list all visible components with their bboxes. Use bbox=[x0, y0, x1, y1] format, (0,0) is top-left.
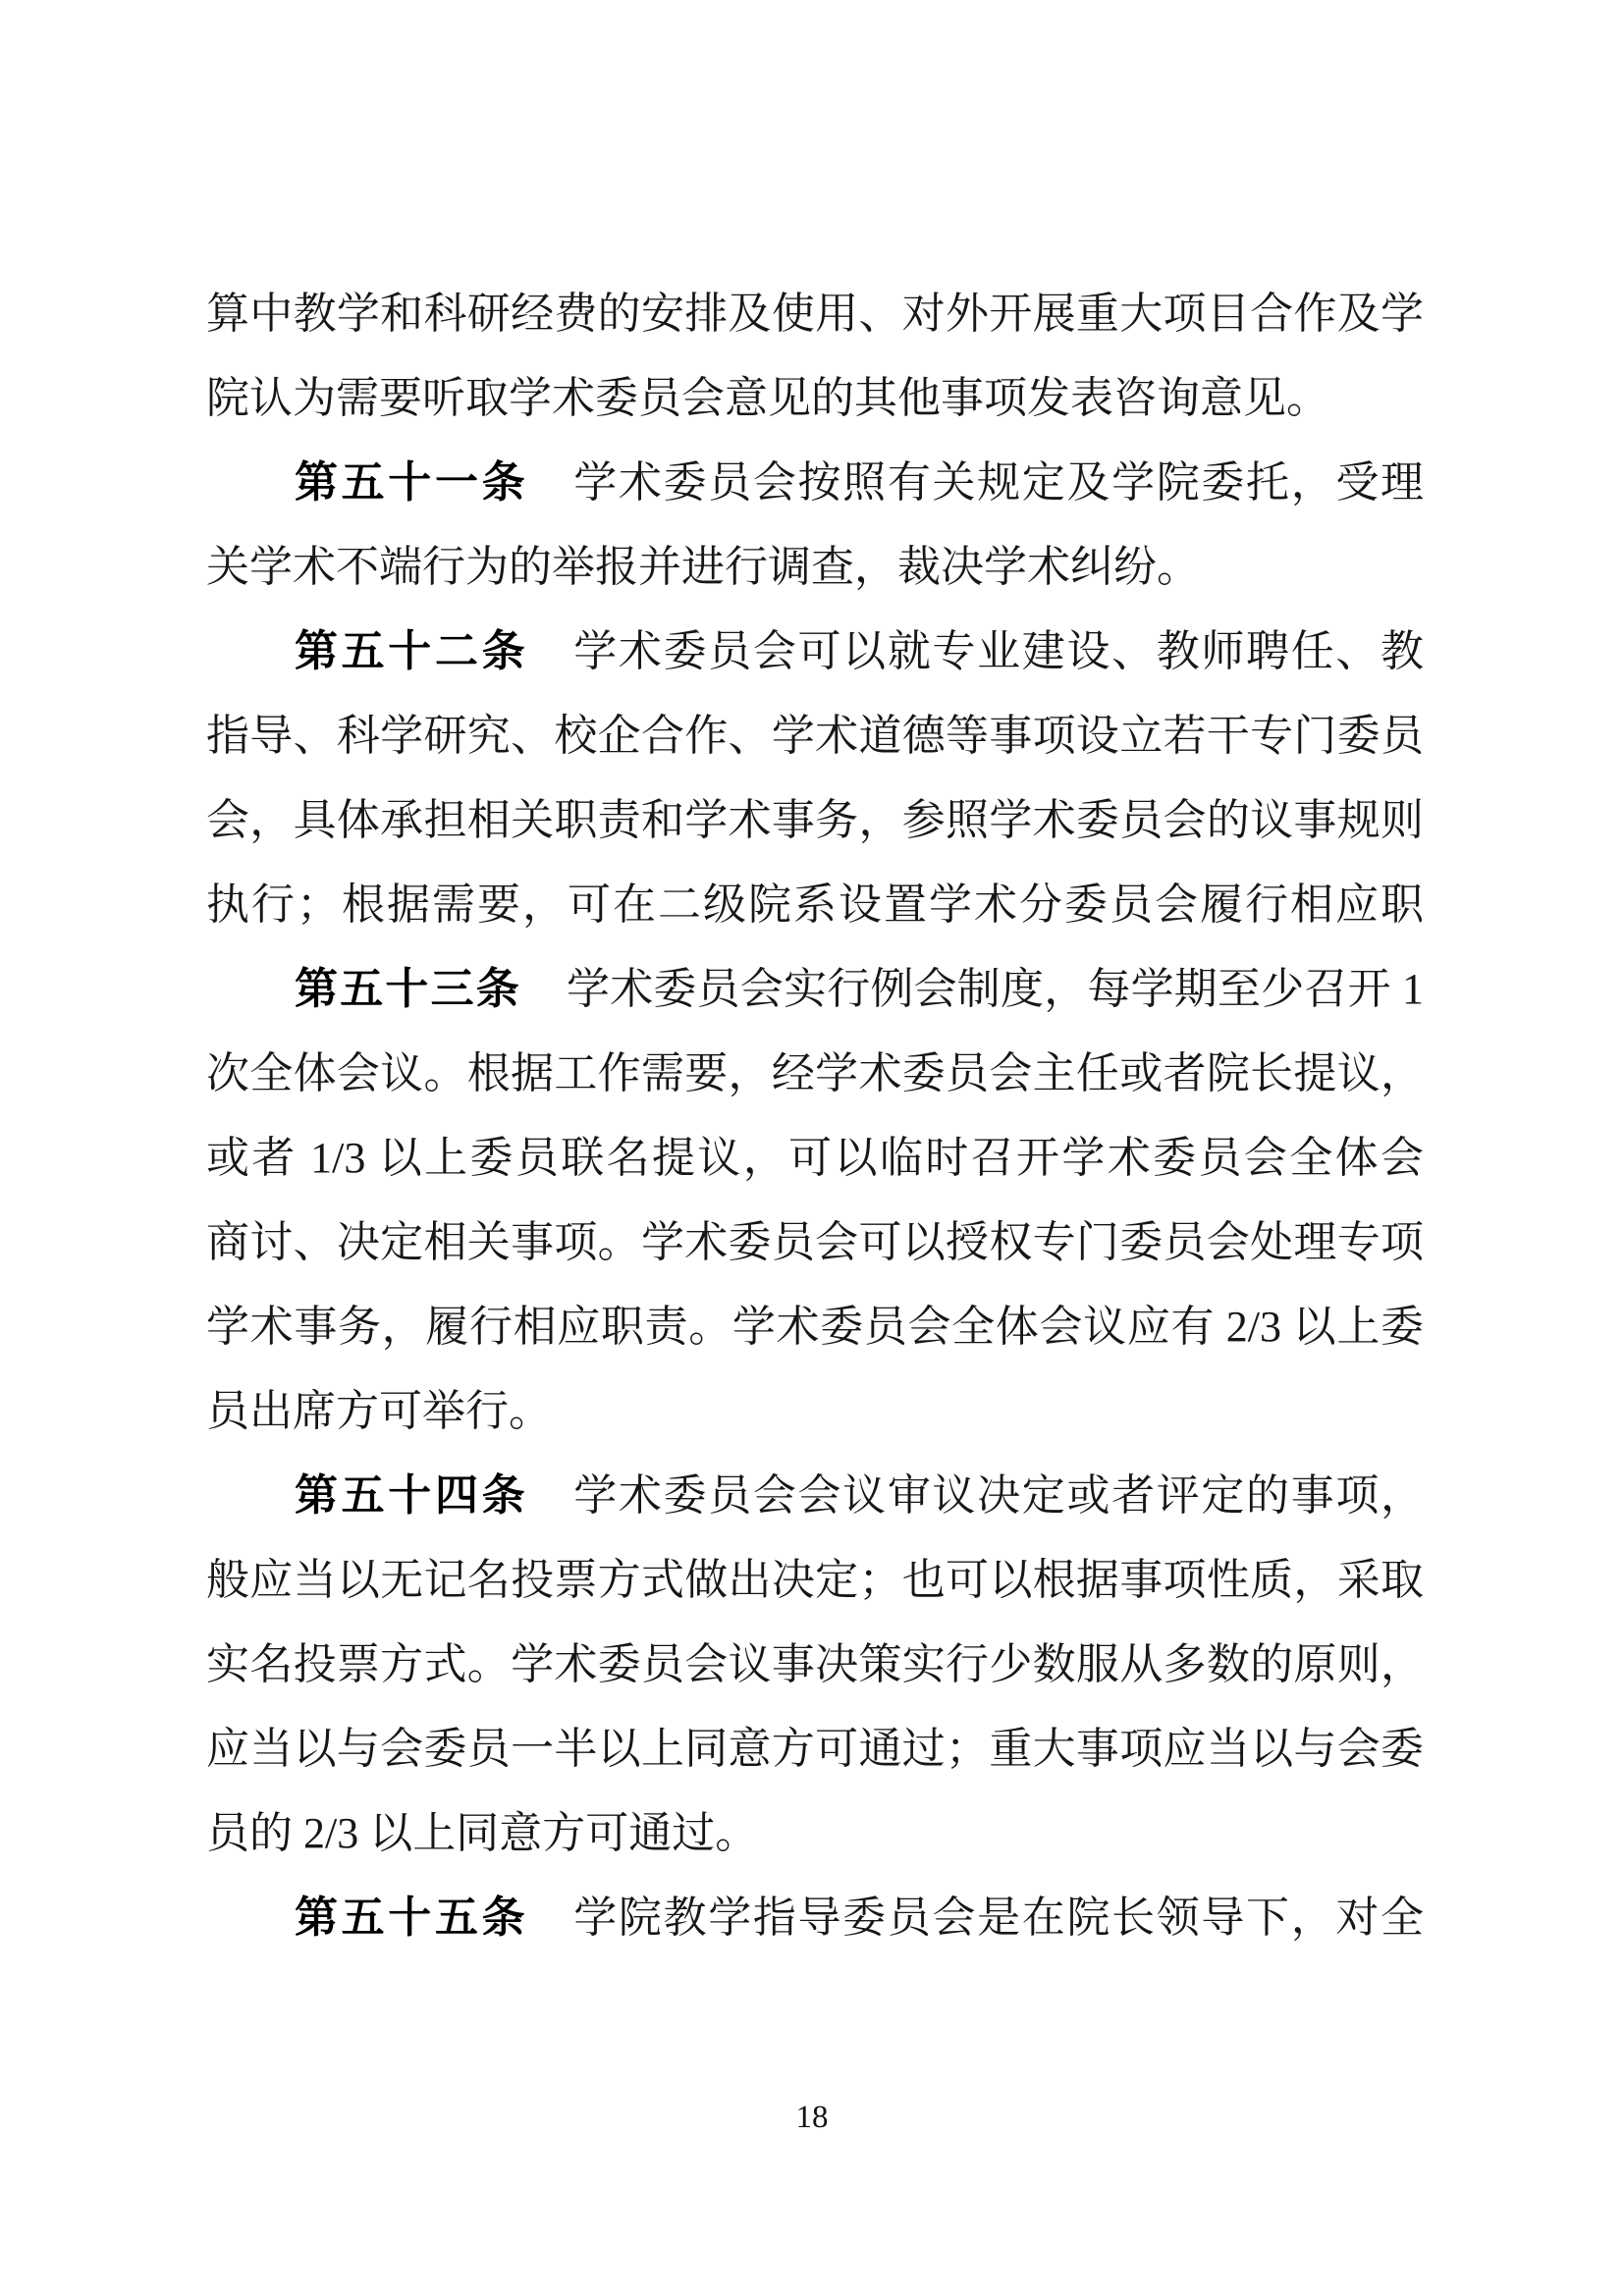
line-text: 次全体会议。根据工作需要，经学术委员会主任或者院长提议， bbox=[206, 1049, 1424, 1097]
article-number: 第五十五条 bbox=[295, 1894, 528, 1942]
text-line: 实名投票方式。学术委员会议事决策实行少数服从多数的原则， bbox=[206, 1623, 1424, 1707]
line-text: 指导、科学研究、校企合作、学术道德等事项设立若干专门委员 bbox=[206, 712, 1424, 760]
line-text: 应当以与会委员一半以上同意方可通过；重大事项应当以与会委 bbox=[206, 1725, 1424, 1773]
text-line-article-53: 第五十三条学术委员会实行例会制度，每学期至少召开 1 bbox=[206, 947, 1424, 1032]
article-number: 第五十四条 bbox=[295, 1471, 528, 1520]
text-line-article-55: 第五十五条学院教学指导委员会是在院长领导下，对全院 bbox=[206, 1876, 1424, 1960]
text-line: 会，具体承担相关职责和学术事务，参照学术委员会的议事规则 bbox=[206, 778, 1424, 863]
line-text: 般应当以无记名投票方式做出决定；也可以根据事项性质，采取 bbox=[206, 1556, 1424, 1604]
text-line: 关学术不端行为的举报并进行调查，裁决学术纠纷。 bbox=[206, 525, 1424, 610]
text-line-article-52: 第五十二条学术委员会可以就专业建设、教师聘任、教学 bbox=[206, 610, 1424, 694]
text-line: 般应当以无记名投票方式做出决定；也可以根据事项性质，采取 bbox=[206, 1538, 1424, 1623]
text-line: 员出席方可举行。 bbox=[206, 1369, 1424, 1454]
article-number: 第五十三条 bbox=[295, 965, 521, 1013]
line-text: 员的 2/3 以上同意方可通过。 bbox=[206, 1809, 758, 1857]
text-line: 次全体会议。根据工作需要，经学术委员会主任或者院长提议， bbox=[206, 1032, 1424, 1116]
text-line-article-54: 第五十四条学术委员会会议审议决定或者评定的事项，一 bbox=[206, 1454, 1424, 1538]
text-line: 院认为需要听取学术委员会意见的其他事项发表咨询意见。 bbox=[206, 356, 1424, 441]
line-text: 实名投票方式。学术委员会议事决策实行少数服从多数的原则， bbox=[206, 1640, 1424, 1688]
document-text-block: 算中教学和科研经费的安排及使用、对外开展重大项目合作及学 院认为需要听取学术委员… bbox=[206, 272, 1424, 1960]
text-line: 商讨、决定相关事项。学术委员会可以授权专门委员会处理专项 bbox=[206, 1201, 1424, 1285]
text-line: 或者 1/3 以上委员联名提议，可以临时召开学术委员会全体会议， bbox=[206, 1116, 1424, 1201]
line-text: 关学术不端行为的举报并进行调查，裁决学术纠纷。 bbox=[206, 543, 1200, 591]
line-text: 执行；根据需要，可在二级院系设置学术分委员会履行相应职责。 bbox=[206, 881, 1424, 947]
text-line: 员的 2/3 以上同意方可通过。 bbox=[206, 1791, 1424, 1876]
text-line: 执行；根据需要，可在二级院系设置学术分委员会履行相应职责。 bbox=[206, 863, 1424, 947]
page-number: 18 bbox=[0, 2100, 1624, 2136]
line-text: 会，具体承担相关职责和学术事务，参照学术委员会的议事规则 bbox=[206, 796, 1424, 844]
text-line: 学术事务，履行相应职责。学术委员会全体会议应有 2/3 以上委 bbox=[206, 1285, 1424, 1369]
article-number: 第五十二条 bbox=[295, 627, 528, 675]
text-line: 应当以与会委员一半以上同意方可通过；重大事项应当以与会委 bbox=[206, 1707, 1424, 1791]
line-text: 学术委员会实行例会制度，每学期至少召开 1 bbox=[567, 965, 1424, 1013]
document-page: 算中教学和科研经费的安排及使用、对外开展重大项目合作及学 院认为需要听取学术委员… bbox=[0, 0, 1624, 2296]
line-text: 或者 1/3 以上委员联名提议，可以临时召开学术委员会全体会议， bbox=[206, 1134, 1424, 1201]
line-text: 商讨、决定相关事项。学术委员会可以授权专门委员会处理专项 bbox=[206, 1218, 1424, 1266]
text-line-article-51: 第五十一条学术委员会按照有关规定及学院委托，受理有 bbox=[206, 441, 1424, 525]
line-text: 算中教学和科研经费的安排及使用、对外开展重大项目合作及学 bbox=[206, 290, 1424, 338]
article-number: 第五十一条 bbox=[295, 458, 528, 507]
line-text: 院认为需要听取学术委员会意见的其他事项发表咨询意见。 bbox=[206, 374, 1329, 422]
text-line: 指导、科学研究、校企合作、学术道德等事项设立若干专门委员 bbox=[206, 694, 1424, 778]
text-line: 算中教学和科研经费的安排及使用、对外开展重大项目合作及学 bbox=[206, 272, 1424, 356]
line-text: 学术事务，履行相应职责。学术委员会全体会议应有 2/3 以上委 bbox=[206, 1303, 1424, 1351]
line-text: 员出席方可举行。 bbox=[206, 1387, 552, 1435]
